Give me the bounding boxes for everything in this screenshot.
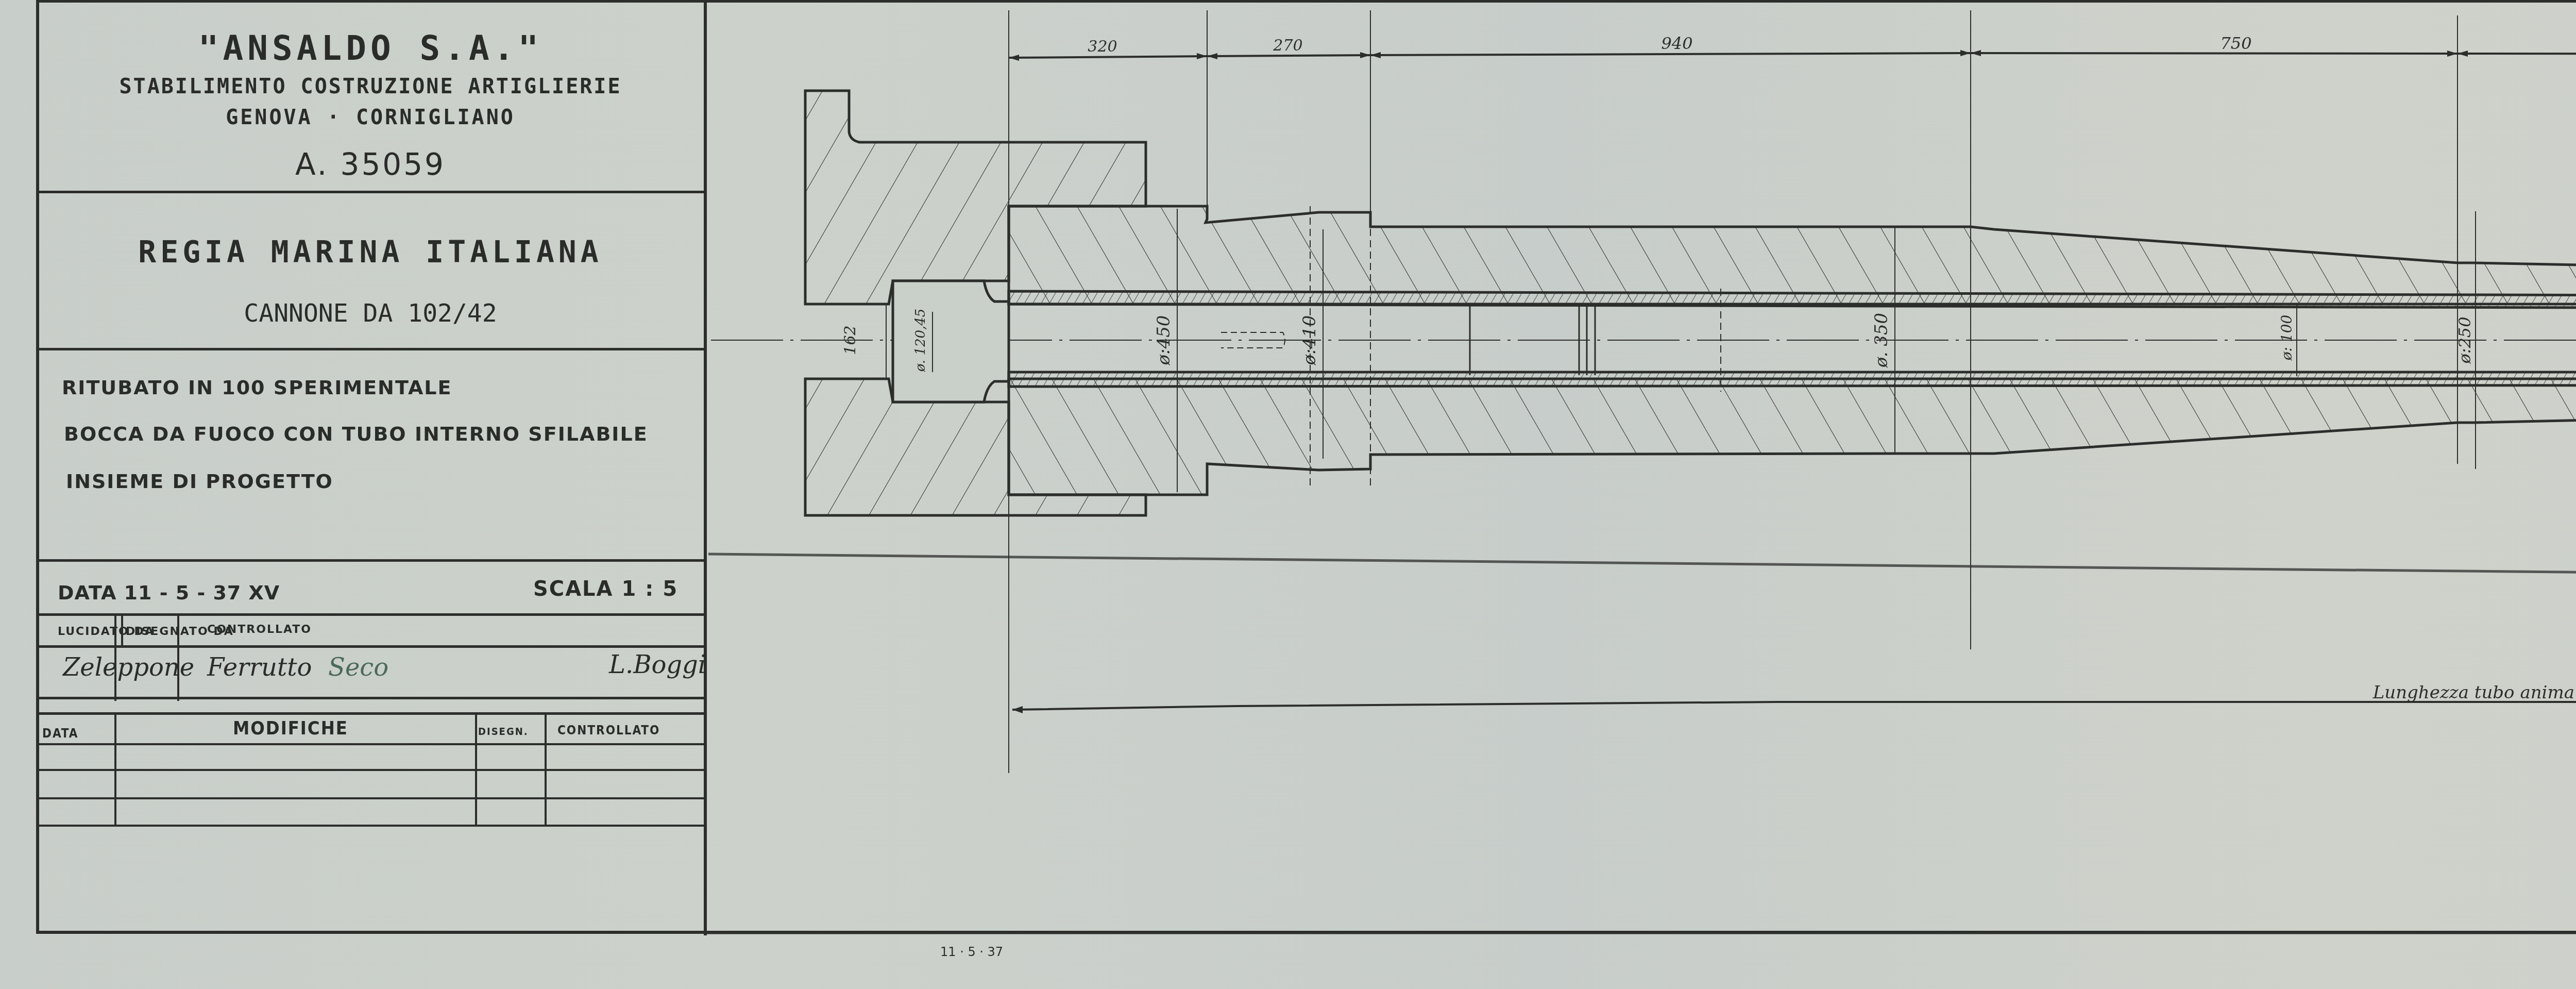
dia-100: ø: 100 [2278, 315, 2295, 361]
liner-upper [1009, 291, 2576, 310]
dim-750: 750 [2220, 33, 2251, 53]
overall-length-line [1012, 702, 2576, 710]
top-dimension-line [1009, 53, 2576, 58]
dim-940: 940 [1661, 33, 1692, 53]
stamp-date: 11 · 5 · 37 [940, 945, 1003, 959]
dia-250: ø:250 [2455, 316, 2475, 364]
sheet-fold-line [708, 554, 2576, 585]
gun-section-drawing: 320 270 940 750 1929 75 162 ø. 120,45 ø:… [0, 0, 2576, 989]
dim-320: 320 [1088, 38, 1117, 56]
dimension-labels: 320 270 940 750 1929 75 162 ø. 120,45 ø:… [841, 33, 2576, 703]
jacket-lower [1009, 379, 2576, 495]
jacket-upper [1009, 206, 2576, 304]
dim-270: 270 [1273, 37, 1302, 55]
breech-recess [893, 281, 1009, 402]
dia-410: ø:410 [1299, 315, 1320, 366]
dia-350: ø. 350 [1871, 313, 1892, 368]
dia-120-45: ø. 120,45 [913, 309, 928, 373]
dia-162: 162 [841, 325, 859, 355]
liner-lower [1009, 372, 2576, 387]
overall-length-label: Lunghezza tubo anima 4284 [2372, 682, 2576, 703]
dia-450: ø:450 [1154, 315, 1174, 366]
